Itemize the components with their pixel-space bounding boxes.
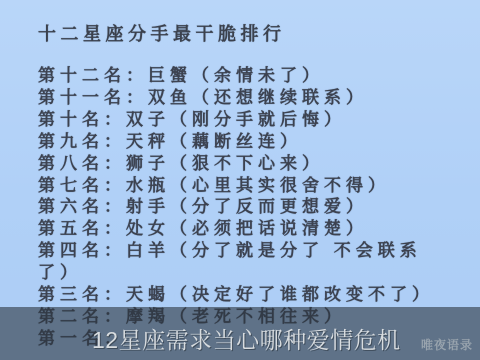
ranking-line-rank7: 第七名：水瓶（心里其实很舍不得） [38, 175, 478, 197]
page-title: 十二星座分手最干脆排行 [38, 20, 286, 46]
ranking-line-rank4-wrap: 了） [38, 262, 478, 284]
ranking-line-rank6: 第六名：射手（分了反而更想爱） [38, 196, 478, 218]
ranking-line-rank3: 第三名：天蝎（决定好了谁都改变不了） [38, 284, 478, 306]
subtitle-caption: 12星座需求当心哪种爱情危机 [92, 322, 401, 355]
ranking-line-rank11: 第十一名：双鱼（还想继续联系） [38, 87, 478, 109]
watermark: 唯夜语录 [421, 336, 473, 353]
ranking-line-rank8: 第八名：狮子（狠不下心来） [38, 153, 478, 175]
ranking-line-rank4: 第四名：白羊（分了就是分了 不会联系 [38, 240, 478, 262]
ranking-line-rank9: 第九名：天秤（藕断丝连） [38, 131, 478, 153]
quote-card: 十二星座分手最干脆排行 第十二名：巨蟹（余情未了） 第十一名：双鱼（还想继续联系… [0, 0, 480, 360]
ranking-line-rank10: 第十名：双子（刚分手就后悔） [38, 109, 478, 131]
ranking-line-rank12: 第十二名：巨蟹（余情未了） [38, 65, 478, 87]
ranking-line-rank5: 第五名：处女（必须把话说清楚） [38, 218, 478, 240]
